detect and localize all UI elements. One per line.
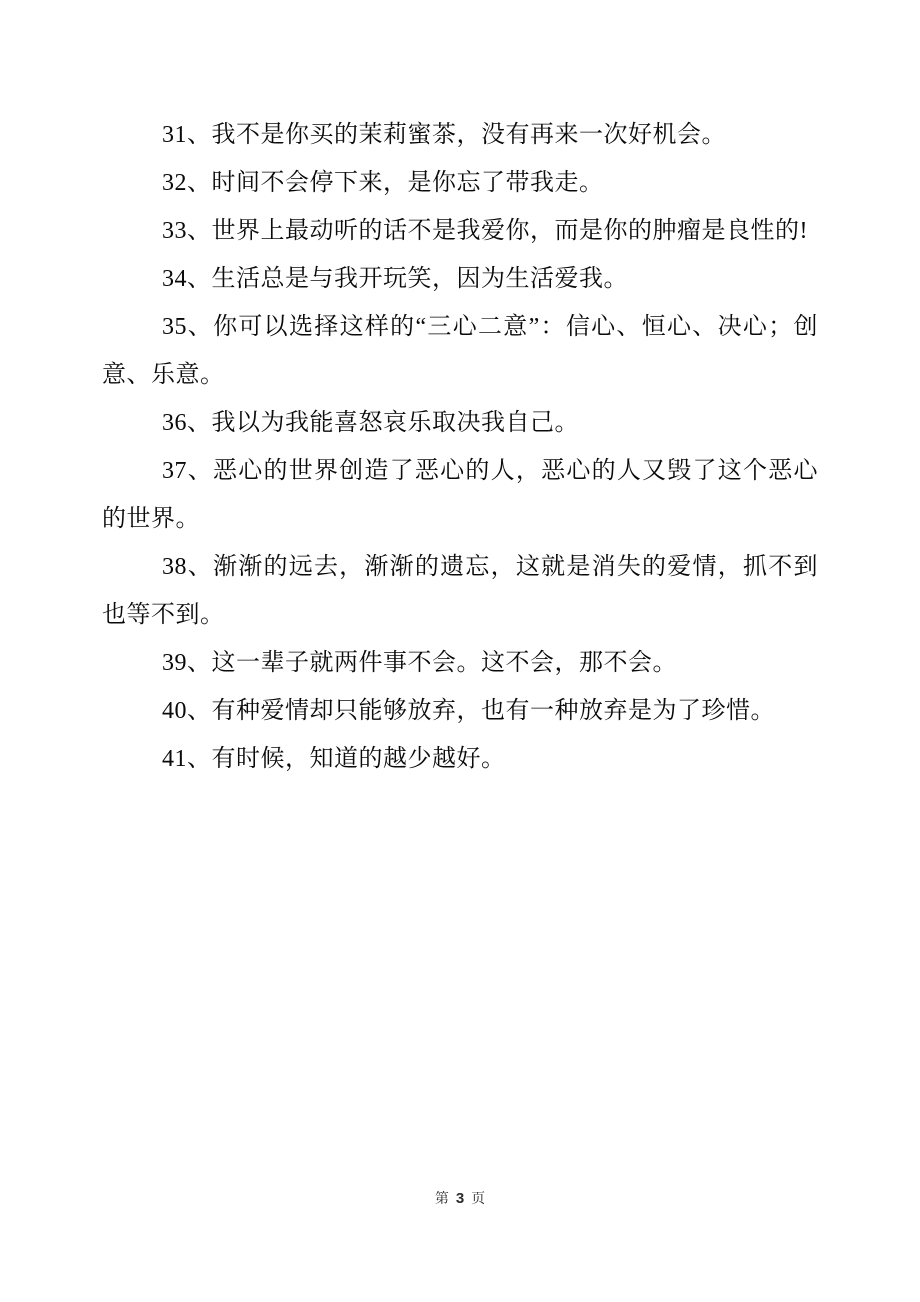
document-text-block: 31、我不是你买的茉莉蜜茶，没有再来一次好机会。 32、时间不会停下来，是你忘了…	[102, 111, 818, 783]
footer-page-label-prefix: 第	[435, 1192, 449, 1207]
quote-item-33: 33、世界上最动听的话不是我爱你，而是你的肿瘤是良性的!	[102, 207, 818, 255]
footer-page-label-suffix: 页	[471, 1192, 485, 1207]
quote-item-40: 40、有种爱情却只能够放弃，也有一种放弃是为了珍惜。	[102, 687, 818, 735]
page-footer: 第3页	[0, 1186, 920, 1212]
quote-item-32: 32、时间不会停下来，是你忘了带我走。	[102, 159, 818, 207]
quote-item-31: 31、我不是你买的茉莉蜜茶，没有再来一次好机会。	[102, 111, 818, 159]
quote-item-39: 39、这一辈子就两件事不会。这不会，那不会。	[102, 639, 818, 687]
quote-item-38: 38、渐渐的远去，渐渐的遗忘，这就是消失的爱情，抓不到也等不到。	[102, 543, 818, 639]
quote-item-41: 41、有时候，知道的越少越好。	[102, 735, 818, 783]
quote-item-35: 35、你可以选择这样的“三心二意”：信心、恒心、决心；创意、乐意。	[102, 303, 818, 399]
document-page: 31、我不是你买的茉莉蜜茶，没有再来一次好机会。 32、时间不会停下来，是你忘了…	[0, 0, 920, 1302]
quote-item-34: 34、生活总是与我开玩笑，因为生活爱我。	[102, 255, 818, 303]
quote-item-36: 36、我以为我能喜怒哀乐取决我自己。	[102, 399, 818, 447]
quote-item-37: 37、恶心的世界创造了恶心的人，恶心的人又毁了这个恶心的世界。	[102, 447, 818, 543]
footer-page-number: 3	[449, 1190, 471, 1207]
